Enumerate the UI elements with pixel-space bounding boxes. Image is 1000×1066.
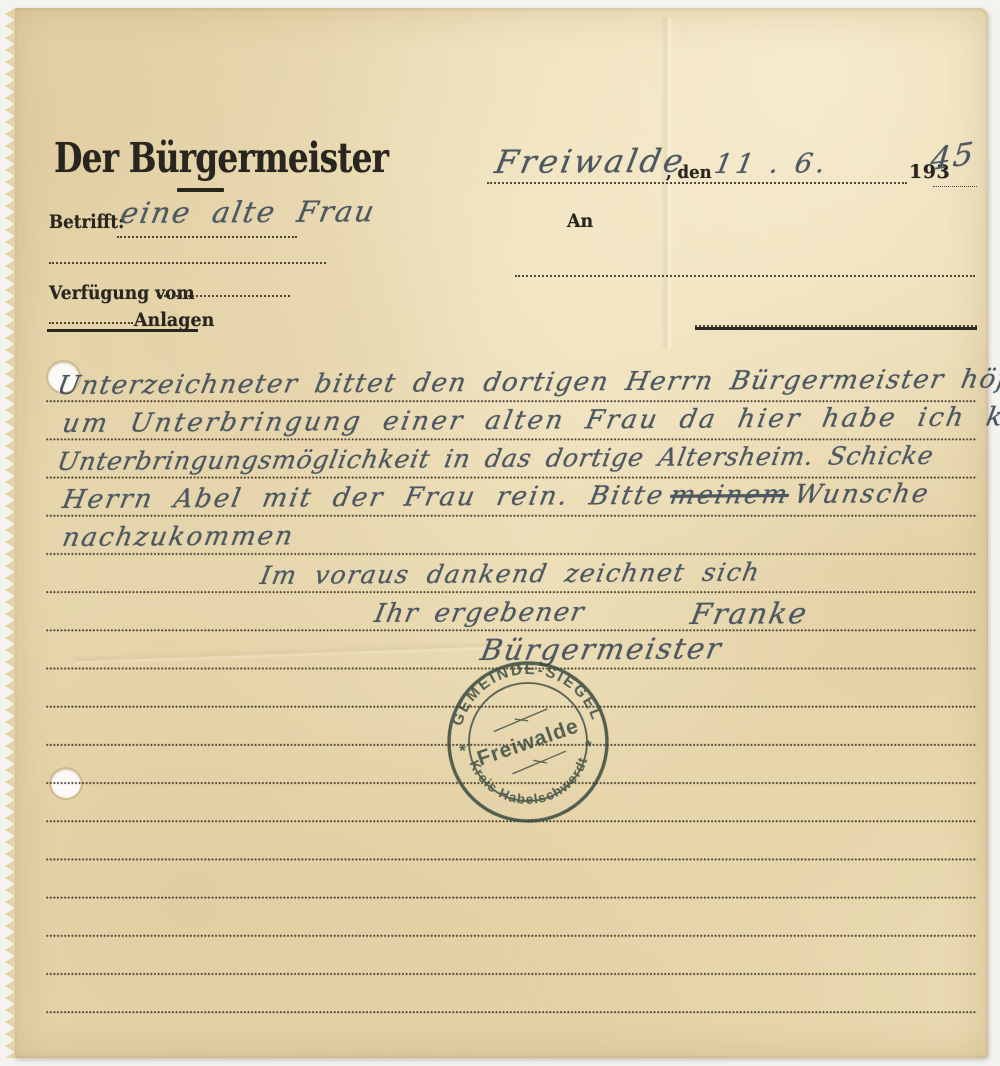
decree-dotted-line [157,292,290,297]
letterhead-underline [177,188,224,192]
enclosures-dotted-line [49,319,133,324]
municipal-seal-stamp: GEMEINDE-SIEGEL Kreis Habelschwerdt * * … [440,654,616,830]
body-line-4-post: Wunsche [792,479,932,510]
day-month-handwritten: 11 . 6. [712,148,832,180]
signature-name: Franke [688,596,811,631]
body-line-4-struck-word: meinem [668,480,792,511]
scanned-letter: Der Bürgermeister Betrifft: eine alte Fr… [0,0,1000,1066]
paper-perforation-edge [5,8,15,1058]
subject-label: Betrifft: [49,211,124,233]
year-handwritten: 45 [929,136,977,178]
stamp-left-asterisk: * [459,741,467,760]
closing-formula: Im voraus dankend zeichnet sich [258,558,763,590]
stamp-center-text: Freiwalde [474,714,582,770]
enclosures-underline [47,329,198,332]
recipient-dotted-line-1 [515,272,975,277]
recipient-underline [695,327,977,330]
subject-handwritten-value: eine alte Frau [118,194,379,230]
date-den-label: , den [666,162,712,183]
body-line-4-pre: Herrn Abel mit der Frau rein. Bitte [60,481,667,515]
stamp-right-asterisk: * [585,737,593,756]
place-handwritten: Freiwalde [492,142,689,181]
body-line-4: Herrn Abel mit der Frau rein. Bittemeine… [60,479,933,515]
subject-dotted-line-2 [49,259,326,264]
enclosures-label: Anlagen [134,309,214,331]
year-dotted-line [933,183,977,187]
letterhead-title: Der Bürgermeister [54,134,388,182]
closing-salutation: Ihr ergebener [372,598,588,629]
body-line-3: Unterbringungsmöglichkeit in das dortige… [55,441,936,476]
body-line-5: nachzukommen [60,521,297,553]
recipient-an-label: An [567,210,593,232]
subject-dotted-line [117,233,297,238]
